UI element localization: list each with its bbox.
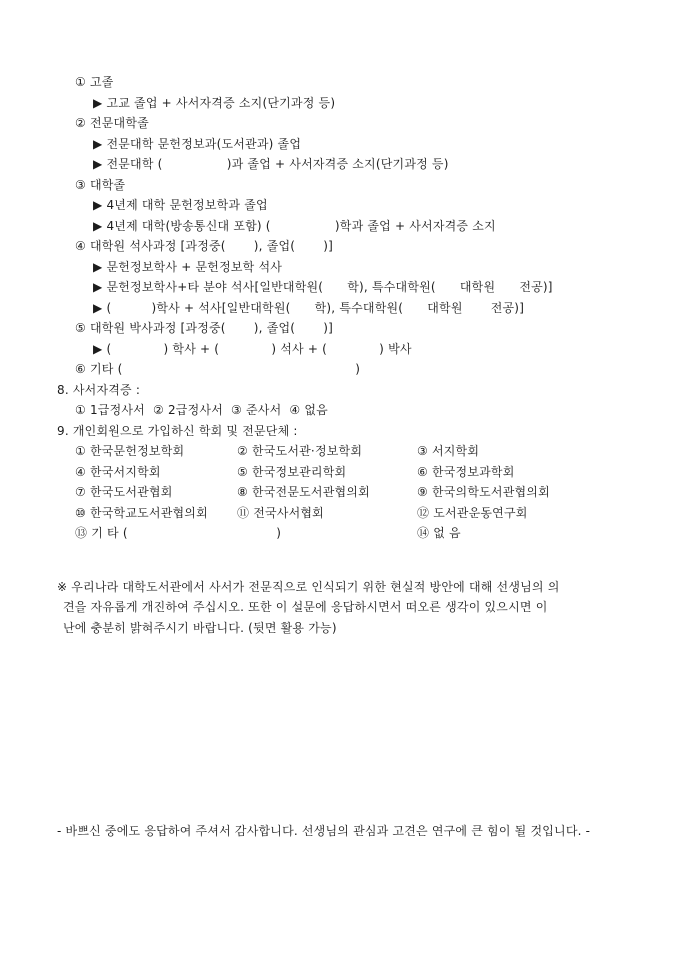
assoc-option: ⑪ 전국사서협회 <box>237 503 417 524</box>
edu-sub-univ-other-cert: ▶ 4년제 대학(방송통신대 포함) ( )학과 졸업 + 사서자격증 소지 <box>57 216 668 237</box>
edu-option-doctorate: ⑤ 대학원 박사과정 [과정중( ), 졸업( )] <box>57 318 668 339</box>
assoc-option: ⑤ 한국정보관리학회 <box>237 462 417 483</box>
assoc-option-none: ⑭ 없 음 <box>417 523 668 544</box>
page-content: ① 고졸 ▶ 고교 졸업 + 사서자격증 소지(단기과정 등) ② 전문대학졸 … <box>57 72 668 842</box>
assoc-option: ⑨ 한국의학도서관협의회 <box>417 482 668 503</box>
assoc-option: ③ 서지학회 <box>417 441 668 462</box>
edu-sub-jc-libsci: ▶ 전문대학 문헌정보과(도서관과) 졸업 <box>57 134 668 155</box>
open-opinion-note: ※ 우리나라 대학도서관에서 사서가 전문직으로 인식되기 위한 현실적 방안에… <box>57 577 668 639</box>
assoc-option: ⑥ 한국정보과학회 <box>417 462 668 483</box>
assoc-option: ② 한국도서관·정보학회 <box>237 441 417 462</box>
q9-heading: 9. 개인회원으로 가입하신 학회 및 전문단체 : <box>57 421 668 442</box>
survey-document-page: ① 고졸 ▶ 고교 졸업 + 사서자격증 소지(단기과정 등) ② 전문대학졸 … <box>0 0 680 962</box>
assoc-option: ⑧ 한국전문도서관협의회 <box>237 482 417 503</box>
edu-sub-univ-libsci: ▶ 4년제 대학 문헌정보학과 졸업 <box>57 195 668 216</box>
assoc-option: ⑦ 한국도서관협회 <box>75 482 237 503</box>
assoc-option: ④ 한국서지학회 <box>75 462 237 483</box>
edu-option-junior-college: ② 전문대학졸 <box>57 113 668 134</box>
note-line: ※ 우리나라 대학도서관에서 사서가 전문직으로 인식되기 위한 현실적 방안에… <box>57 577 668 598</box>
assoc-option-other: ⑬ 기 타 ( ) <box>75 523 417 544</box>
edu-option-highschool: ① 고졸 <box>57 72 668 93</box>
edu-sub-jc-other-cert: ▶ 전문대학 ( )과 졸업 + 사서자격증 소지(단기과정 등) <box>57 154 668 175</box>
assoc-option: ⑩ 한국학교도서관협의회 <box>75 503 237 524</box>
edu-option-masters: ④ 대학원 석사과정 [과정중( ), 졸업( )] <box>57 236 668 257</box>
q8-options: ① 1급정사서 ② 2급정사서 ③ 준사서 ④ 없음 <box>57 400 668 421</box>
edu-sub-ms-other-bachelor: ▶ ( )학사 + 석사[일반대학원( 학), 특수대학원( 대학원 전공)] <box>57 298 668 319</box>
note-line: 난에 충분히 밝혀주시기 바랍니다. (뒷면 활용 가능) <box>57 618 668 639</box>
edu-sub-ms-other-field: ▶ 문헌정보학사+타 분야 석사[일반대학원( 학), 특수대학원( 대학원 전… <box>57 277 668 298</box>
closing-thanks: - 바쁘신 중에도 응답하여 주셔서 감사합니다. 선생님의 관심과 고견은 연… <box>57 821 668 842</box>
q8-heading: 8. 사서자격증 : <box>57 380 668 401</box>
edu-sub-highschool-cert: ▶ 고교 졸업 + 사서자격증 소지(단기과정 등) <box>57 93 668 114</box>
edu-sub-ms-libsci: ▶ 문헌정보학사 + 문헌정보학 석사 <box>57 257 668 278</box>
edu-sub-phd-degrees: ▶ ( ) 학사 + ( ) 석사 + ( ) 박사 <box>57 339 668 360</box>
note-line: 견을 자유롭게 개진하여 주십시오. 또한 이 설문에 응답하시면서 떠오른 생… <box>57 597 668 618</box>
edu-option-etc: ⑥ 기타 ( ) <box>57 359 668 380</box>
q9-association-grid: ① 한국문헌정보학회 ② 한국도서관·정보학회 ③ 서지학회 ④ 한국서지학회 … <box>57 441 668 544</box>
assoc-option: ⑫ 도서관운동연구회 <box>417 503 668 524</box>
assoc-option: ① 한국문헌정보학회 <box>75 441 237 462</box>
edu-option-university: ③ 대학졸 <box>57 175 668 196</box>
